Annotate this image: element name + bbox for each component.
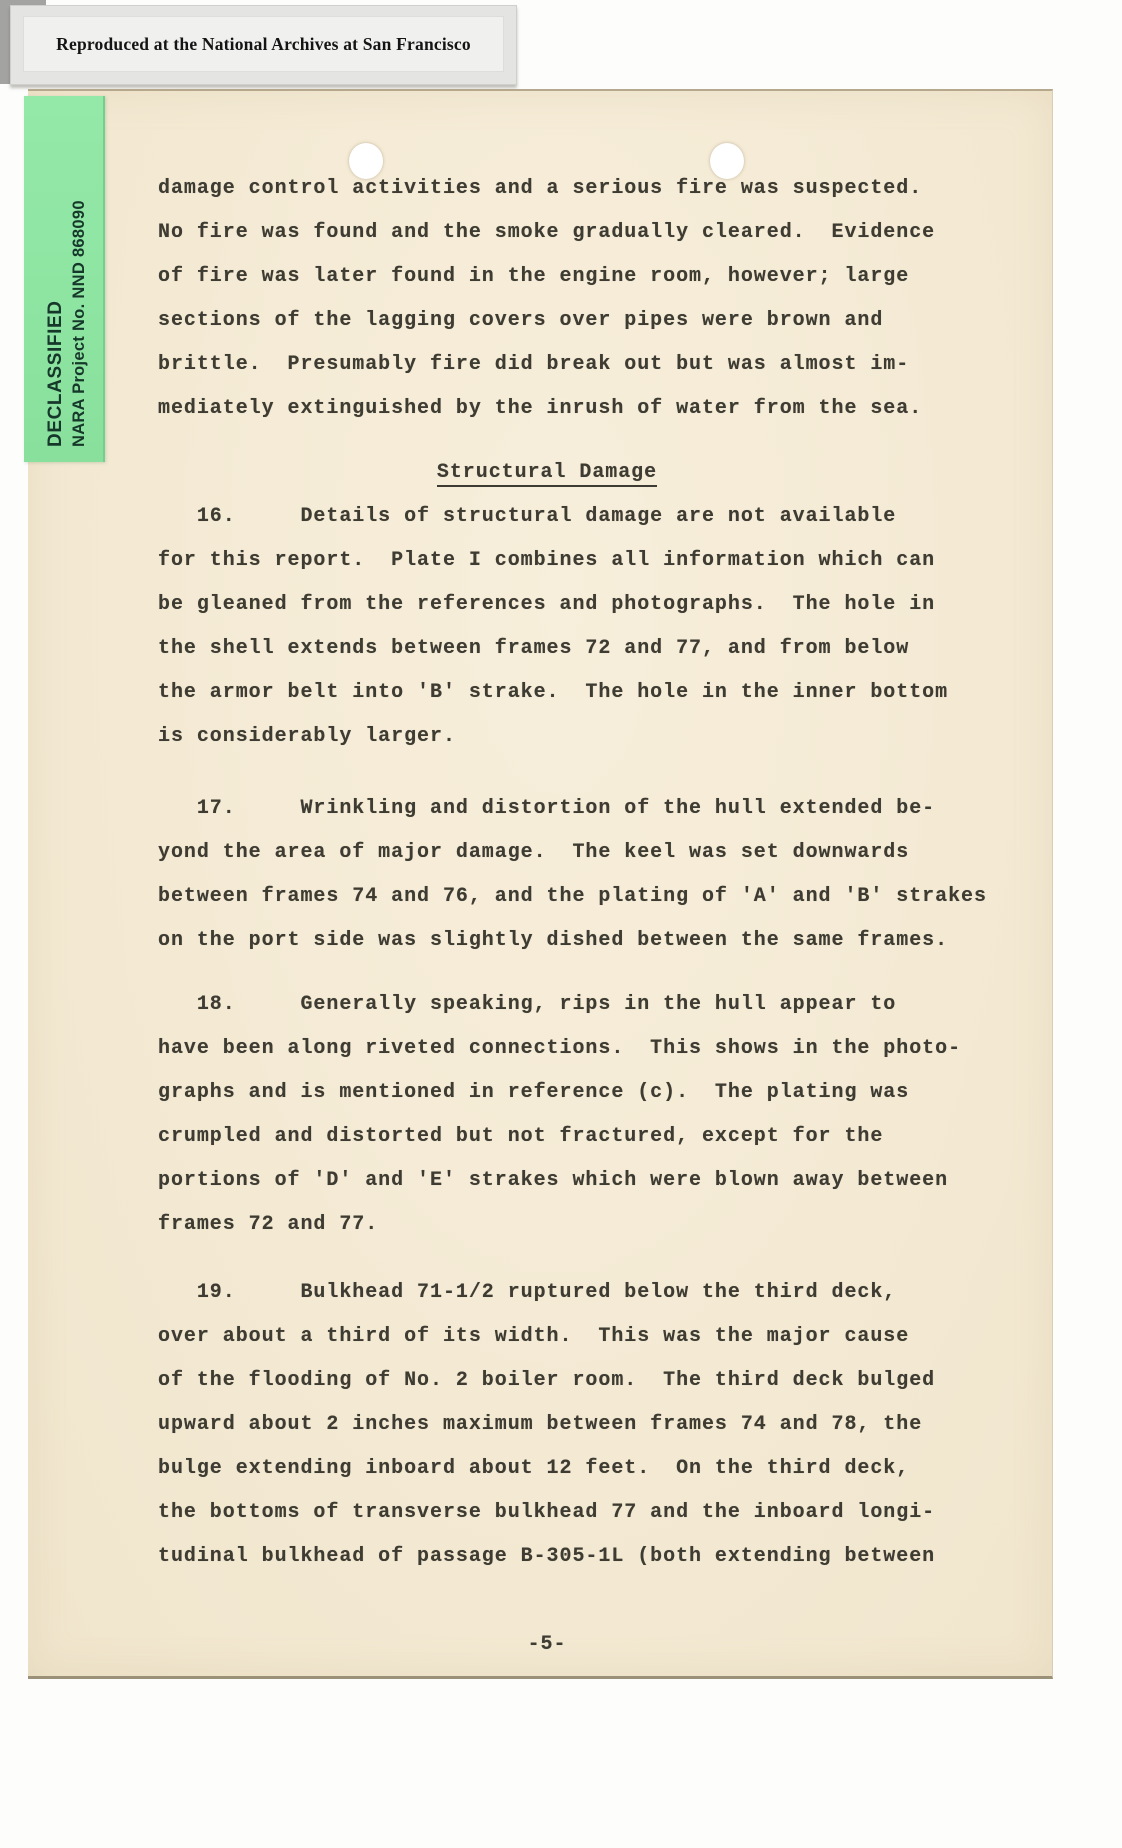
document-paper: damage control activities and a serious …	[28, 89, 1053, 1679]
paragraph-continuation-intro: damage control activities and a serious …	[158, 167, 935, 431]
declassified-sticker: DECLASSIFIED NARA Project No. NND 868090	[24, 96, 105, 462]
archive-label-panel: Reproduced at the National Archives at S…	[23, 16, 504, 72]
archive-reproduction-label: Reproduced at the National Archives at S…	[10, 5, 517, 85]
page-number: -5-	[158, 1623, 936, 1667]
paragraph-16: 16. Details of structural damage are not…	[158, 495, 948, 759]
archive-label-text: Reproduced at the National Archives at S…	[56, 34, 471, 55]
paragraph-17: 17. Wrinkling and distortion of the hull…	[158, 787, 987, 963]
scanned-document-page: Reproduced at the National Archives at S…	[0, 0, 1122, 1848]
declassified-label: DECLASSIFIED	[44, 157, 68, 447]
section-heading-text: Structural Damage	[437, 461, 657, 487]
section-heading: Structural Damage	[158, 451, 936, 495]
declassified-sticker-text: DECLASSIFIED NARA Project No. NND 868090	[44, 157, 92, 447]
nara-project-number: NARA Project No. NND 868090	[68, 157, 90, 447]
paragraph-19: 19. Bulkhead 71-1/2 ruptured below the t…	[158, 1271, 935, 1579]
paragraph-18: 18. Generally speaking, rips in the hull…	[158, 983, 961, 1247]
